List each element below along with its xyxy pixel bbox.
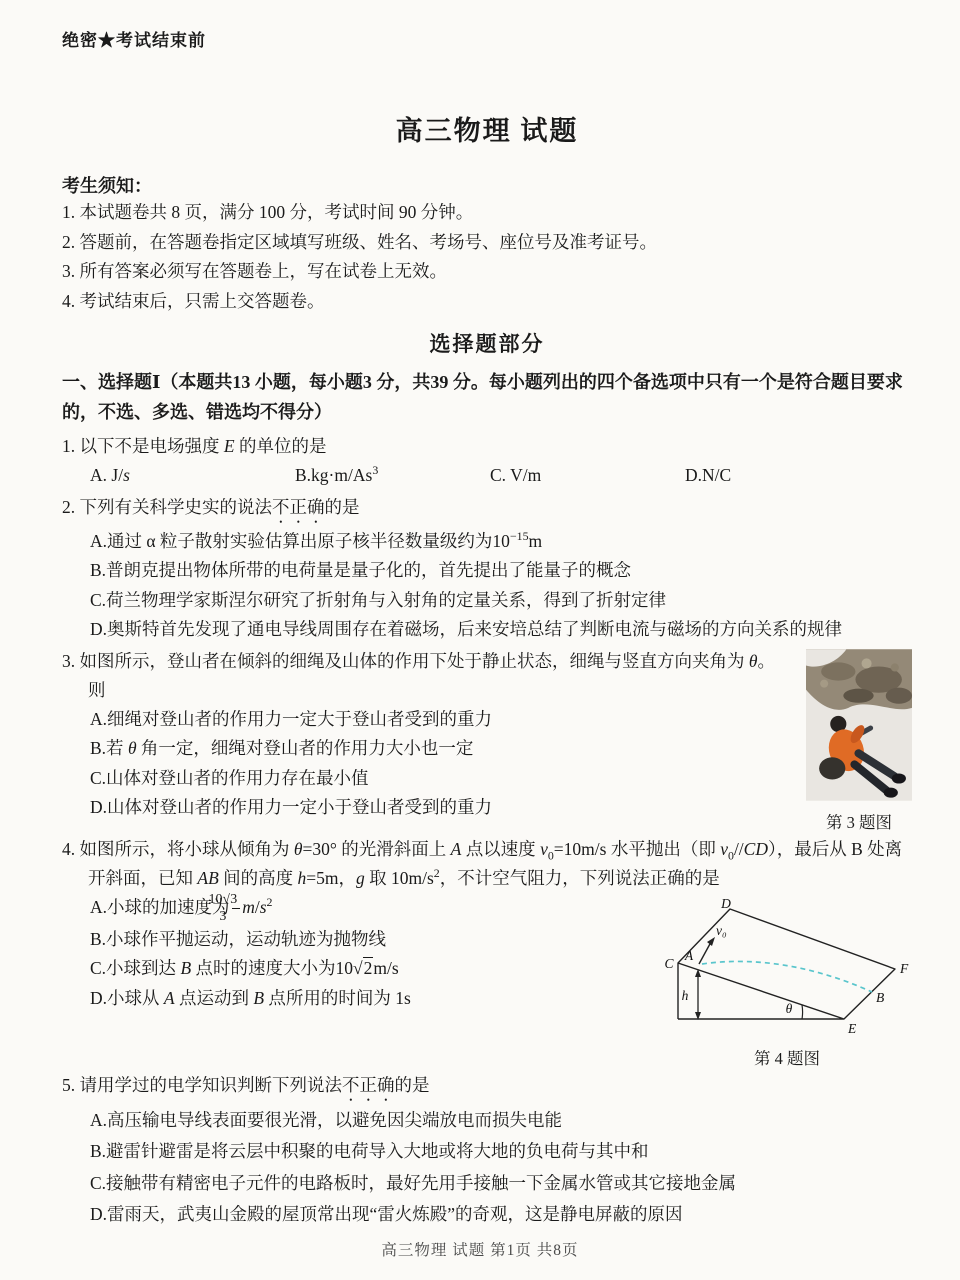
part-title: 选择题部分 (62, 328, 912, 358)
notice-item-4: 4. 考试结束后，只需上交答题卷。 (62, 287, 912, 317)
label-D: D (720, 897, 731, 911)
security-classification: 绝密★考试结束前 (62, 26, 912, 51)
exam-paper-page: 绝密★考试结束前 高三物理 试题 考生须知： 1. 本试题卷共 8 页，满分 1… (0, 0, 960, 1280)
question-1-options: A. J/s B.kg·m/As3 C. V/m D.N/C (90, 461, 912, 491)
q5-option-d: D.雷雨天，武夷山金殿的屋顶常出现“雷火炼殿”的奇观，这是静电屏蔽的原因 (62, 1199, 912, 1231)
q3-option-b: B.若 θ 角一定，细绳对登山者的作用力大小也一定 (62, 734, 912, 764)
notice-item-2: 2. 答题前，在答题卷指定区域填写班级、姓名、考场号、座位号及准考证号。 (62, 228, 912, 258)
climber-photo (806, 649, 912, 801)
q1-option-c: C. V/m (490, 461, 685, 491)
question-5: 5. 请用学过的电学知识判断下列说法不正确的是 A.高压输电导线表面要很光滑，以… (62, 1071, 912, 1231)
label-A: A (684, 948, 694, 963)
question-1-stem: 1. 以下不是电场强度 E 的单位的是 (62, 432, 912, 461)
incline-diagram: D C A v₀ F B E θ h (662, 897, 912, 1037)
question-5-stem: 5. 请用学过的电学知识判断下列说法不正确的是 (62, 1071, 912, 1105)
q1-option-b: B.kg·m/As3 (295, 461, 490, 491)
q3-option-d: D.山体对登山者的作用力一定小于登山者受到的重力 (62, 793, 912, 823)
rocks (806, 649, 912, 710)
h-double-arrow (695, 969, 701, 1020)
q2-option-c: C.荷兰物理学家斯涅尔研究了折射角与入射角的定量关系，得到了折射定律 (62, 586, 912, 616)
q1-option-d: D.N/C (685, 461, 912, 491)
label-E: E (847, 1021, 857, 1036)
notice-item-3: 3. 所有答案必须写在答题卷上，写在试卷上无效。 (62, 257, 912, 287)
question-2-stem: 2. 下列有关科学史实的说法不正确的是 (62, 493, 912, 527)
label-F: F (899, 961, 909, 976)
question-3: 第 3 题图 3. 如图所示，登山者在倾斜的细绳及山体的作用下处于静止状态，细绳… (62, 645, 912, 833)
figure-q3: 第 3 题图 (806, 649, 912, 833)
figure-q4: D C A v₀ F B E θ h 第 4 题图 (662, 897, 912, 1069)
label-theta: θ (786, 1001, 793, 1016)
page-footer: 高三物理 试题 第1页 共8页 (0, 1238, 960, 1260)
label-h: h (682, 988, 689, 1003)
figure-q4-caption: 第 4 题图 (662, 1045, 912, 1069)
notice-heading: 考生须知： (62, 172, 912, 198)
page-title: 高三物理 试题 (62, 109, 912, 148)
q5-option-a: A.高压输电导线表面要很光滑，以避免因尖端放电而损失电能 (62, 1105, 912, 1137)
q5-option-c: C.接触带有精密电子元件的电路板时，最好先用手接触一下金属水管或其它接地金属 (62, 1168, 912, 1200)
v0-arrow (699, 937, 715, 964)
notice-item-1: 1. 本试题卷共 8 页，满分 100 分，考试时间 90 分钟。 (62, 198, 912, 228)
label-B: B (876, 990, 884, 1005)
question-3-stem: 3. 如图所示，登山者在倾斜的细绳及山体的作用下处于静止状态，细绳与竖直方向夹角… (62, 647, 912, 705)
q3-option-a: A.细绳对登山者的作用力一定大于登山者受到的重力 (62, 705, 912, 735)
q2-option-a: A.通过 α 粒子散射实验估算出原子核半径数量级约为10−15m (62, 527, 912, 557)
q2-option-b: B.普朗克提出物体所带的电荷量是量子化的，首先提出了能量子的概念 (62, 556, 912, 586)
q2-option-d: D.奥斯特首先发现了通电导线周围存在着磁场，后来安培总结了判断电流与磁场的方向关… (62, 615, 912, 645)
q5-option-b: B.避雷针避雷是将云层中积聚的电荷导入大地或将大地的负电荷与其中和 (62, 1136, 912, 1168)
label-v0: v₀ (716, 923, 727, 938)
question-2: 2. 下列有关科学史实的说法不正确的是 A.通过 α 粒子散射实验估算出原子核半… (62, 493, 912, 645)
q3-option-c: C.山体对登山者的作用力存在最小值 (62, 764, 912, 794)
trajectory-dashed (702, 961, 872, 992)
label-C: C (664, 956, 674, 971)
question-4: 4. 如图所示，将小球从倾角为 θ=30° 的光滑斜面上 A 点以速度 v0=1… (62, 835, 912, 1069)
section-instructions: 一、选择题Ⅰ（本题共13 小题，每小题3 分，共39 分。每小题列出的四个备选项… (62, 367, 912, 427)
question-1: 1. 以下不是电场强度 E 的单位的是 A. J/s B.kg·m/As3 C.… (62, 432, 912, 491)
q1-option-a: A. J/s (90, 461, 295, 491)
theta-arc (802, 1005, 803, 1019)
figure-q3-caption: 第 3 题图 (806, 809, 912, 833)
question-4-stem: 4. 如图所示，将小球从倾角为 θ=30° 的光滑斜面上 A 点以速度 v0=1… (62, 835, 912, 893)
